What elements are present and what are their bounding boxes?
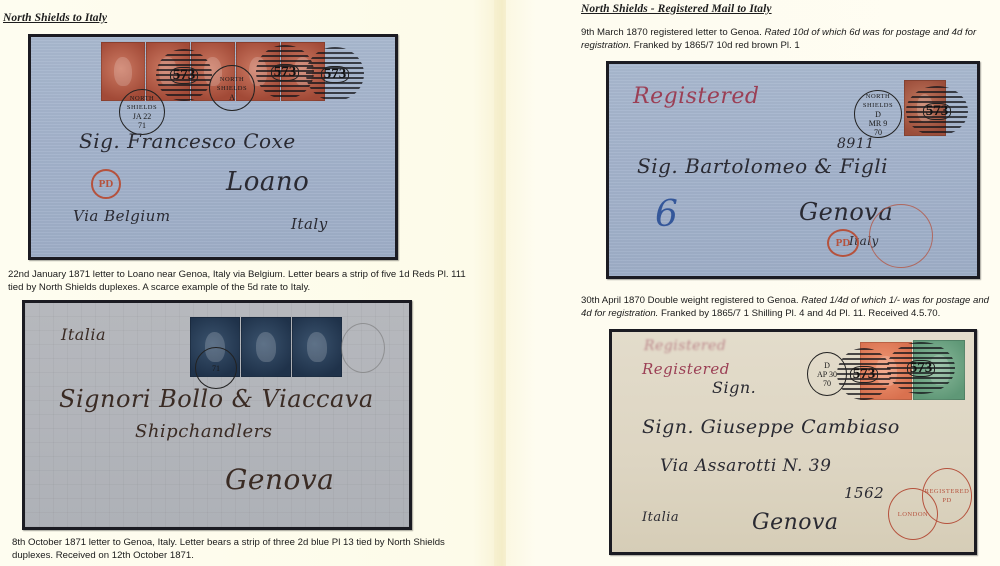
duplex-obliterator: 573 (906, 86, 968, 136)
duplex-obliterator: 573 (156, 49, 212, 101)
registered-pd-mark: REGISTERED PD (922, 468, 972, 524)
address-line-2: Shipchandlers (135, 421, 272, 442)
address-line-1: Sig. Bartolomeo & Figli (637, 154, 888, 178)
stamp-2d-blue (241, 317, 291, 377)
cds-postmark: 71 (195, 347, 237, 389)
address-town: Genova (225, 463, 334, 496)
page-heading-right: North Shields - Registered Mail to Italy (581, 3, 772, 15)
pd-mark: PD (827, 229, 859, 257)
registered-transit-mark (869, 204, 933, 268)
route-instruction: Via Belgium (73, 207, 171, 225)
cover-loano: 573 573 573 NORTH SHIELDS A NORTH SHIELD… (28, 34, 398, 260)
caption-cover-2: 8th October 1871 letter to Genoa, Italy.… (12, 536, 482, 562)
duplex-obliterator: 573 (306, 47, 364, 101)
registered-annotation: Registered (642, 360, 730, 378)
cds-postmark: D AP 30 70 (807, 352, 847, 396)
caption-cover-1: 22nd January 1871 letter to Loano near G… (8, 268, 478, 294)
address-line-1: Signori Bollo & Viaccava (59, 385, 374, 413)
duplex-obliterator: 573 (887, 342, 955, 394)
stamp-2d-blue (292, 317, 342, 377)
pd-mark: PD (91, 169, 121, 199)
address-country: Italy (291, 215, 328, 233)
address-line-1: Sign. Giuseppe Cambiaso (642, 416, 900, 438)
cds-postmark: NORTH SHIELDS A (209, 65, 255, 111)
cover-registered-10d: 573 NORTH SHIELDS D MR 9 70 Registered 8… (606, 61, 980, 279)
address-town: Genova (752, 510, 839, 535)
cover-registered-double-weight: 573 573 D AP 30 70 Registered Registered… (609, 329, 977, 555)
registration-number: 8911 (837, 136, 875, 152)
registered-annotation: Registered (633, 84, 759, 109)
address-line-1: Sig. Francesco Coxe (79, 129, 296, 153)
cover-genova-blue: 71 Italia Signori Bollo & Viaccava Shipc… (22, 300, 412, 530)
rate-marking: 6 (655, 194, 678, 235)
duplex-postmark-faint (341, 323, 385, 373)
address-line-2: Via Assarotti N. 39 (660, 456, 831, 476)
caption-cover-4: 30th April 1870 Double weight registered… (581, 294, 996, 320)
address-town: Loano (226, 167, 309, 197)
registered-annotation-erased: Registered (644, 338, 726, 354)
page-heading-left: North Shields to Italy (3, 12, 107, 24)
destination-note: Italia (642, 510, 679, 525)
address-salutation: Sign. (712, 378, 756, 397)
registration-number: 1562 (844, 484, 884, 502)
destination-note: Italia (61, 325, 106, 344)
caption-cover-3: 9th March 1870 registered letter to Geno… (581, 26, 996, 52)
cds-north-shields: NORTH SHIELDS D MR 9 70 (854, 90, 902, 138)
